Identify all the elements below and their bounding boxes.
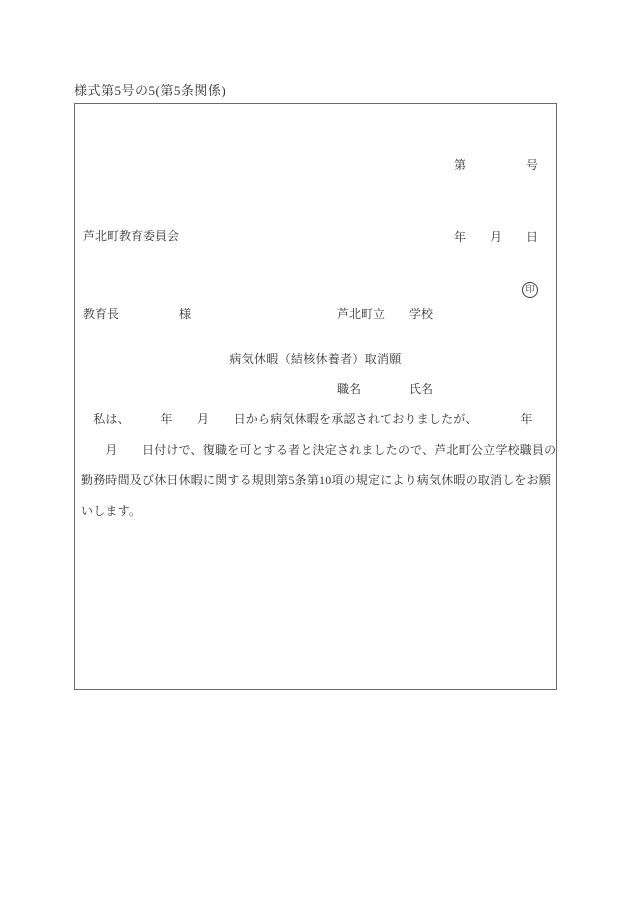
document-body: 私は、 年 月 日から病気休暇を承認されておりましたが、 年 月 日付けで、復職… — [81, 404, 551, 526]
body-line-1: 私は、 年 月 日から病気休暇を承認されておりましたが、 年 — [81, 404, 551, 435]
addressee-person: 教育長 様 — [83, 301, 191, 327]
document-page: 様式第5号の5(第5条関係) 第 号 年 月 日 芦北町教育委員会 教育長 様 … — [0, 0, 630, 915]
seal-stamp-icon: 印 — [522, 282, 538, 298]
form-number-label: 様式第5号の5(第5条関係) — [74, 83, 226, 98]
body-line-2: 月 日付けで、復職を可とする者と決定されましたので、芦北町公立学校職員の — [81, 435, 551, 466]
body-line-3: 勤務時間及び休日休暇に関する規則第5条第10項の規定により病気休暇の取消しをお願 — [81, 465, 551, 496]
document-frame: 第 号 年 月 日 芦北町教育委員会 教育長 様 芦北町立 学校 職名 氏名 印… — [74, 103, 557, 690]
addressee-organization: 芦北町教育委員会 — [83, 223, 191, 249]
body-line-4: いします。 — [81, 496, 551, 527]
seal-character: 印 — [526, 286, 535, 295]
document-date-line: 年 月 日 — [454, 225, 538, 249]
addressee-block: 芦北町教育委員会 教育長 様 — [83, 171, 191, 379]
document-number-line: 第 号 — [454, 153, 538, 177]
sender-school-line: 芦北町立 学校 — [337, 302, 556, 327]
sender-name-line: 職名 氏名 — [337, 377, 556, 402]
document-title: 病気休暇（結核休養者）取消願 — [75, 352, 556, 367]
